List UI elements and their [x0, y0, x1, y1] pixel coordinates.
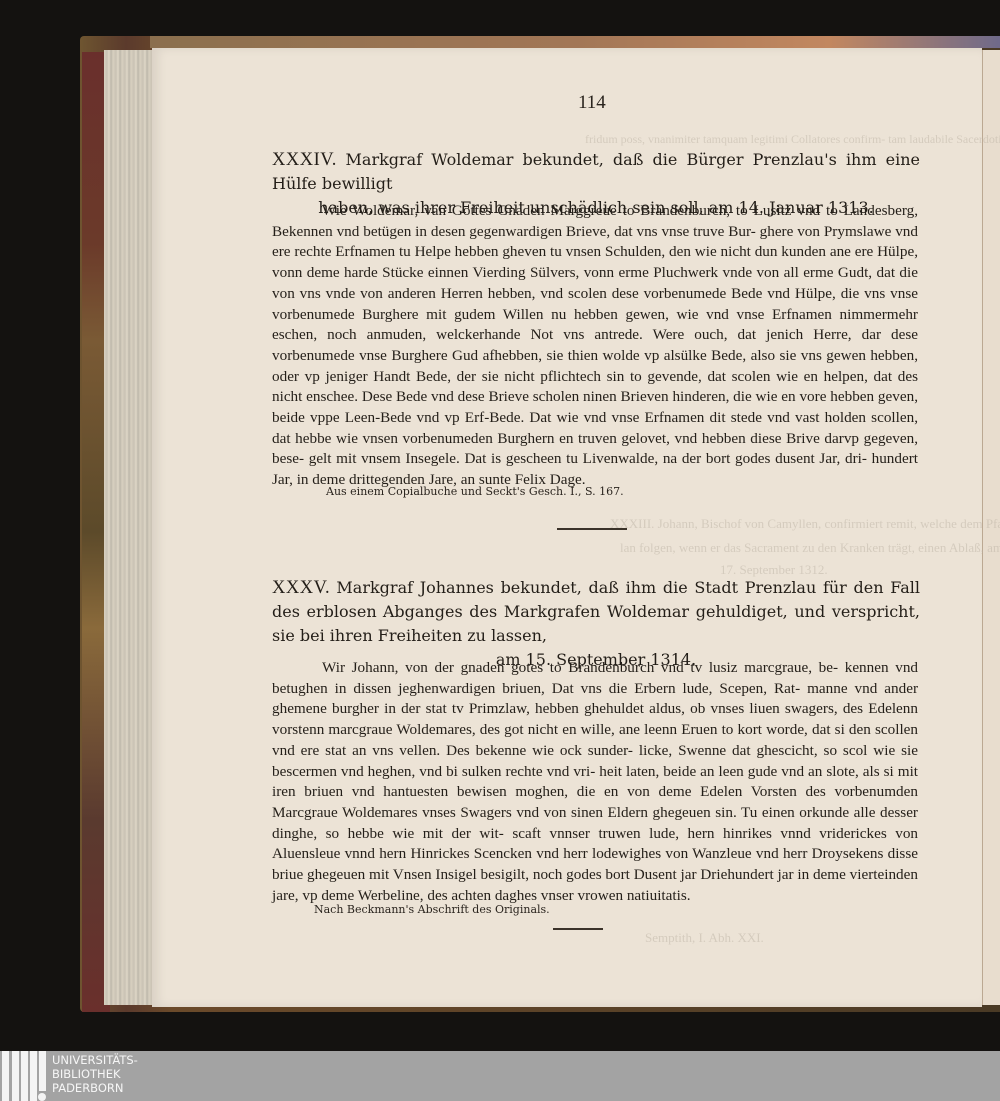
- text-line: Wir Johann, von der gnaden gotes to Bran…: [322, 659, 845, 676]
- book-top-edge: [150, 36, 1000, 48]
- text-line: briue ghegeuen mit Vnsen Insigel besigil…: [272, 866, 850, 883]
- page-number: 114: [578, 92, 606, 114]
- logo-text-line: UNIVERSITÄTS-: [52, 1053, 138, 1067]
- text-line: Wie Woldemar, van Gottes Gnaden Marggreu…: [322, 202, 826, 219]
- show-through-text: lan folgen, wenn er das Sacrament zu den…: [620, 540, 1000, 556]
- show-through-text: XXXIII. Johann, Bischof von Camyllen, co…: [610, 516, 1000, 532]
- logo-text-line: BIBLIOTHEK: [52, 1067, 138, 1081]
- document-paragraph: Wir Johann, von der gnaden gotes to Bran…: [272, 658, 918, 906]
- logo-text-line: PADERBORN: [52, 1081, 138, 1095]
- show-through-text: fridum poss, vnanimiter tamquam legitimi…: [585, 132, 1000, 147]
- text-line: Hinrickes Scencken vnd herr lodewighes v…: [410, 845, 918, 862]
- show-through-text: Semptith, I. Abh. XXI.: [645, 930, 764, 946]
- source-note: Aus einem Copialbuche und Seckt's Gesch.…: [326, 485, 624, 498]
- document-paragraph: Wie Woldemar, van Gottes Gnaden Marggreu…: [272, 201, 918, 491]
- section-numeral: XXXIV.: [272, 150, 337, 170]
- library-footer: UNIVERSITÄTS- BIBLIOTHEK PADERBORN: [0, 1051, 1000, 1101]
- heading-text: Markgraf Woldemar bekundet, daß die Bürg…: [272, 150, 920, 193]
- source-note: Nach Beckmann's Abschrift des Originals.: [314, 903, 550, 916]
- library-name: UNIVERSITÄTS- BIBLIOTHEK PADERBORN: [52, 1053, 138, 1095]
- section-numeral: XXXV.: [272, 578, 330, 598]
- page-stack-edge: [104, 50, 154, 1005]
- section-divider: [557, 528, 627, 530]
- text-line: gelt mit vnsem Insegele. Dat is gescheen…: [309, 450, 872, 467]
- section-divider: [553, 928, 603, 930]
